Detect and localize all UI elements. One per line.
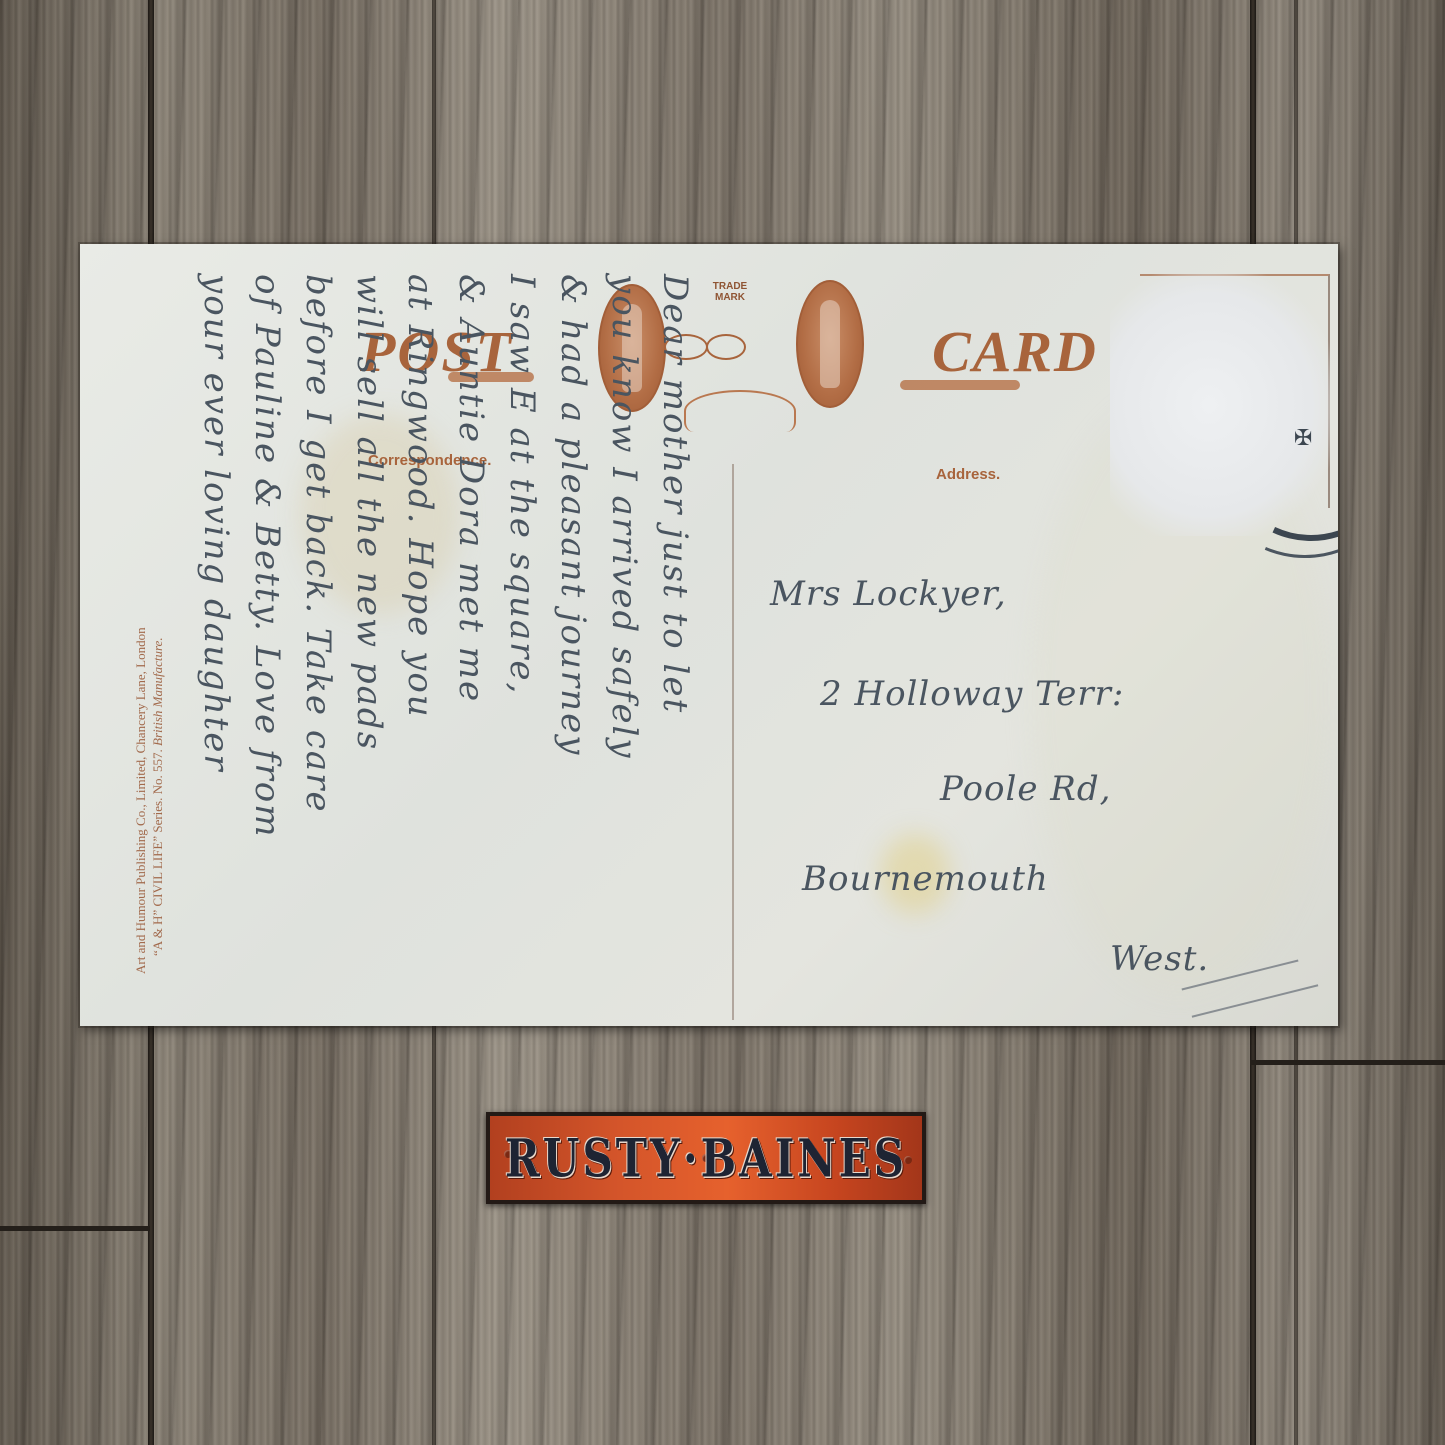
correspondence-line: Dear mother just to let	[649, 274, 700, 1004]
chain-link-ornament	[706, 334, 746, 360]
address-line-road: Poole Rd,	[940, 769, 1111, 809]
rusty-baines-logo: RUSTY·BAINES	[486, 1112, 926, 1204]
correspondence-line: & had a pleasant journey	[547, 274, 598, 1004]
pencil-stroke	[1192, 984, 1319, 1017]
plank-seam	[0, 1226, 150, 1231]
series-number: No. 557.	[150, 749, 165, 794]
fleur-ornament	[684, 390, 796, 432]
divider-line	[732, 464, 734, 1020]
address-line-name: Mrs Lockyer,	[770, 574, 1007, 614]
cameo-right	[796, 280, 864, 408]
address-label: Address.	[936, 466, 1000, 483]
address-line-street: 2 Holloway Terr:	[820, 674, 1124, 714]
publisher-line-2: “A & H” CIVIL LIFE” Series. No. 557. Bri…	[149, 627, 166, 974]
flourish-ornament	[900, 380, 1020, 390]
correspondence-line: you know I arrived safely	[598, 274, 649, 1004]
card-heading: CARD	[932, 318, 1098, 385]
publisher-line-1: Art and Humour Publishing Co., Limited, …	[132, 627, 149, 974]
correspondence-line: I saw E at the square,	[496, 274, 547, 1004]
correspondence-line: of Pauline & Betty. Love from	[241, 274, 292, 1004]
correspondence-line: at Ringwood. Hope you	[394, 274, 445, 1004]
manufacture-note: British Manufacture.	[150, 637, 165, 746]
correspondence-line: will sell all the new pads	[343, 274, 394, 1004]
postmark-cross-icon: ✠	[1294, 426, 1312, 451]
correspondence-line: before I get back. Take care	[292, 274, 343, 1004]
address-line-town: Bournemouth	[802, 859, 1049, 899]
publisher-imprint: Art and Humour Publishing Co., Limited, …	[132, 627, 166, 974]
postcard-back: POST TRADE MARK CARD Correspondence. Add…	[80, 244, 1338, 1026]
plank-seam	[1250, 1060, 1445, 1065]
correspondence-line: & Auntie Dora met me	[445, 274, 496, 1004]
logo-text: RUSTY·BAINES	[505, 1127, 907, 1188]
series-name: “A & H” CIVIL LIFE” Series.	[150, 798, 165, 956]
trade-mark: TRADE MARK	[705, 281, 755, 303]
correspondence-line: your ever loving daughter	[190, 274, 241, 1004]
correspondence-message: Dear mother just to letyou know I arrive…	[190, 274, 700, 1004]
address-line-district: West.	[1110, 939, 1209, 979]
